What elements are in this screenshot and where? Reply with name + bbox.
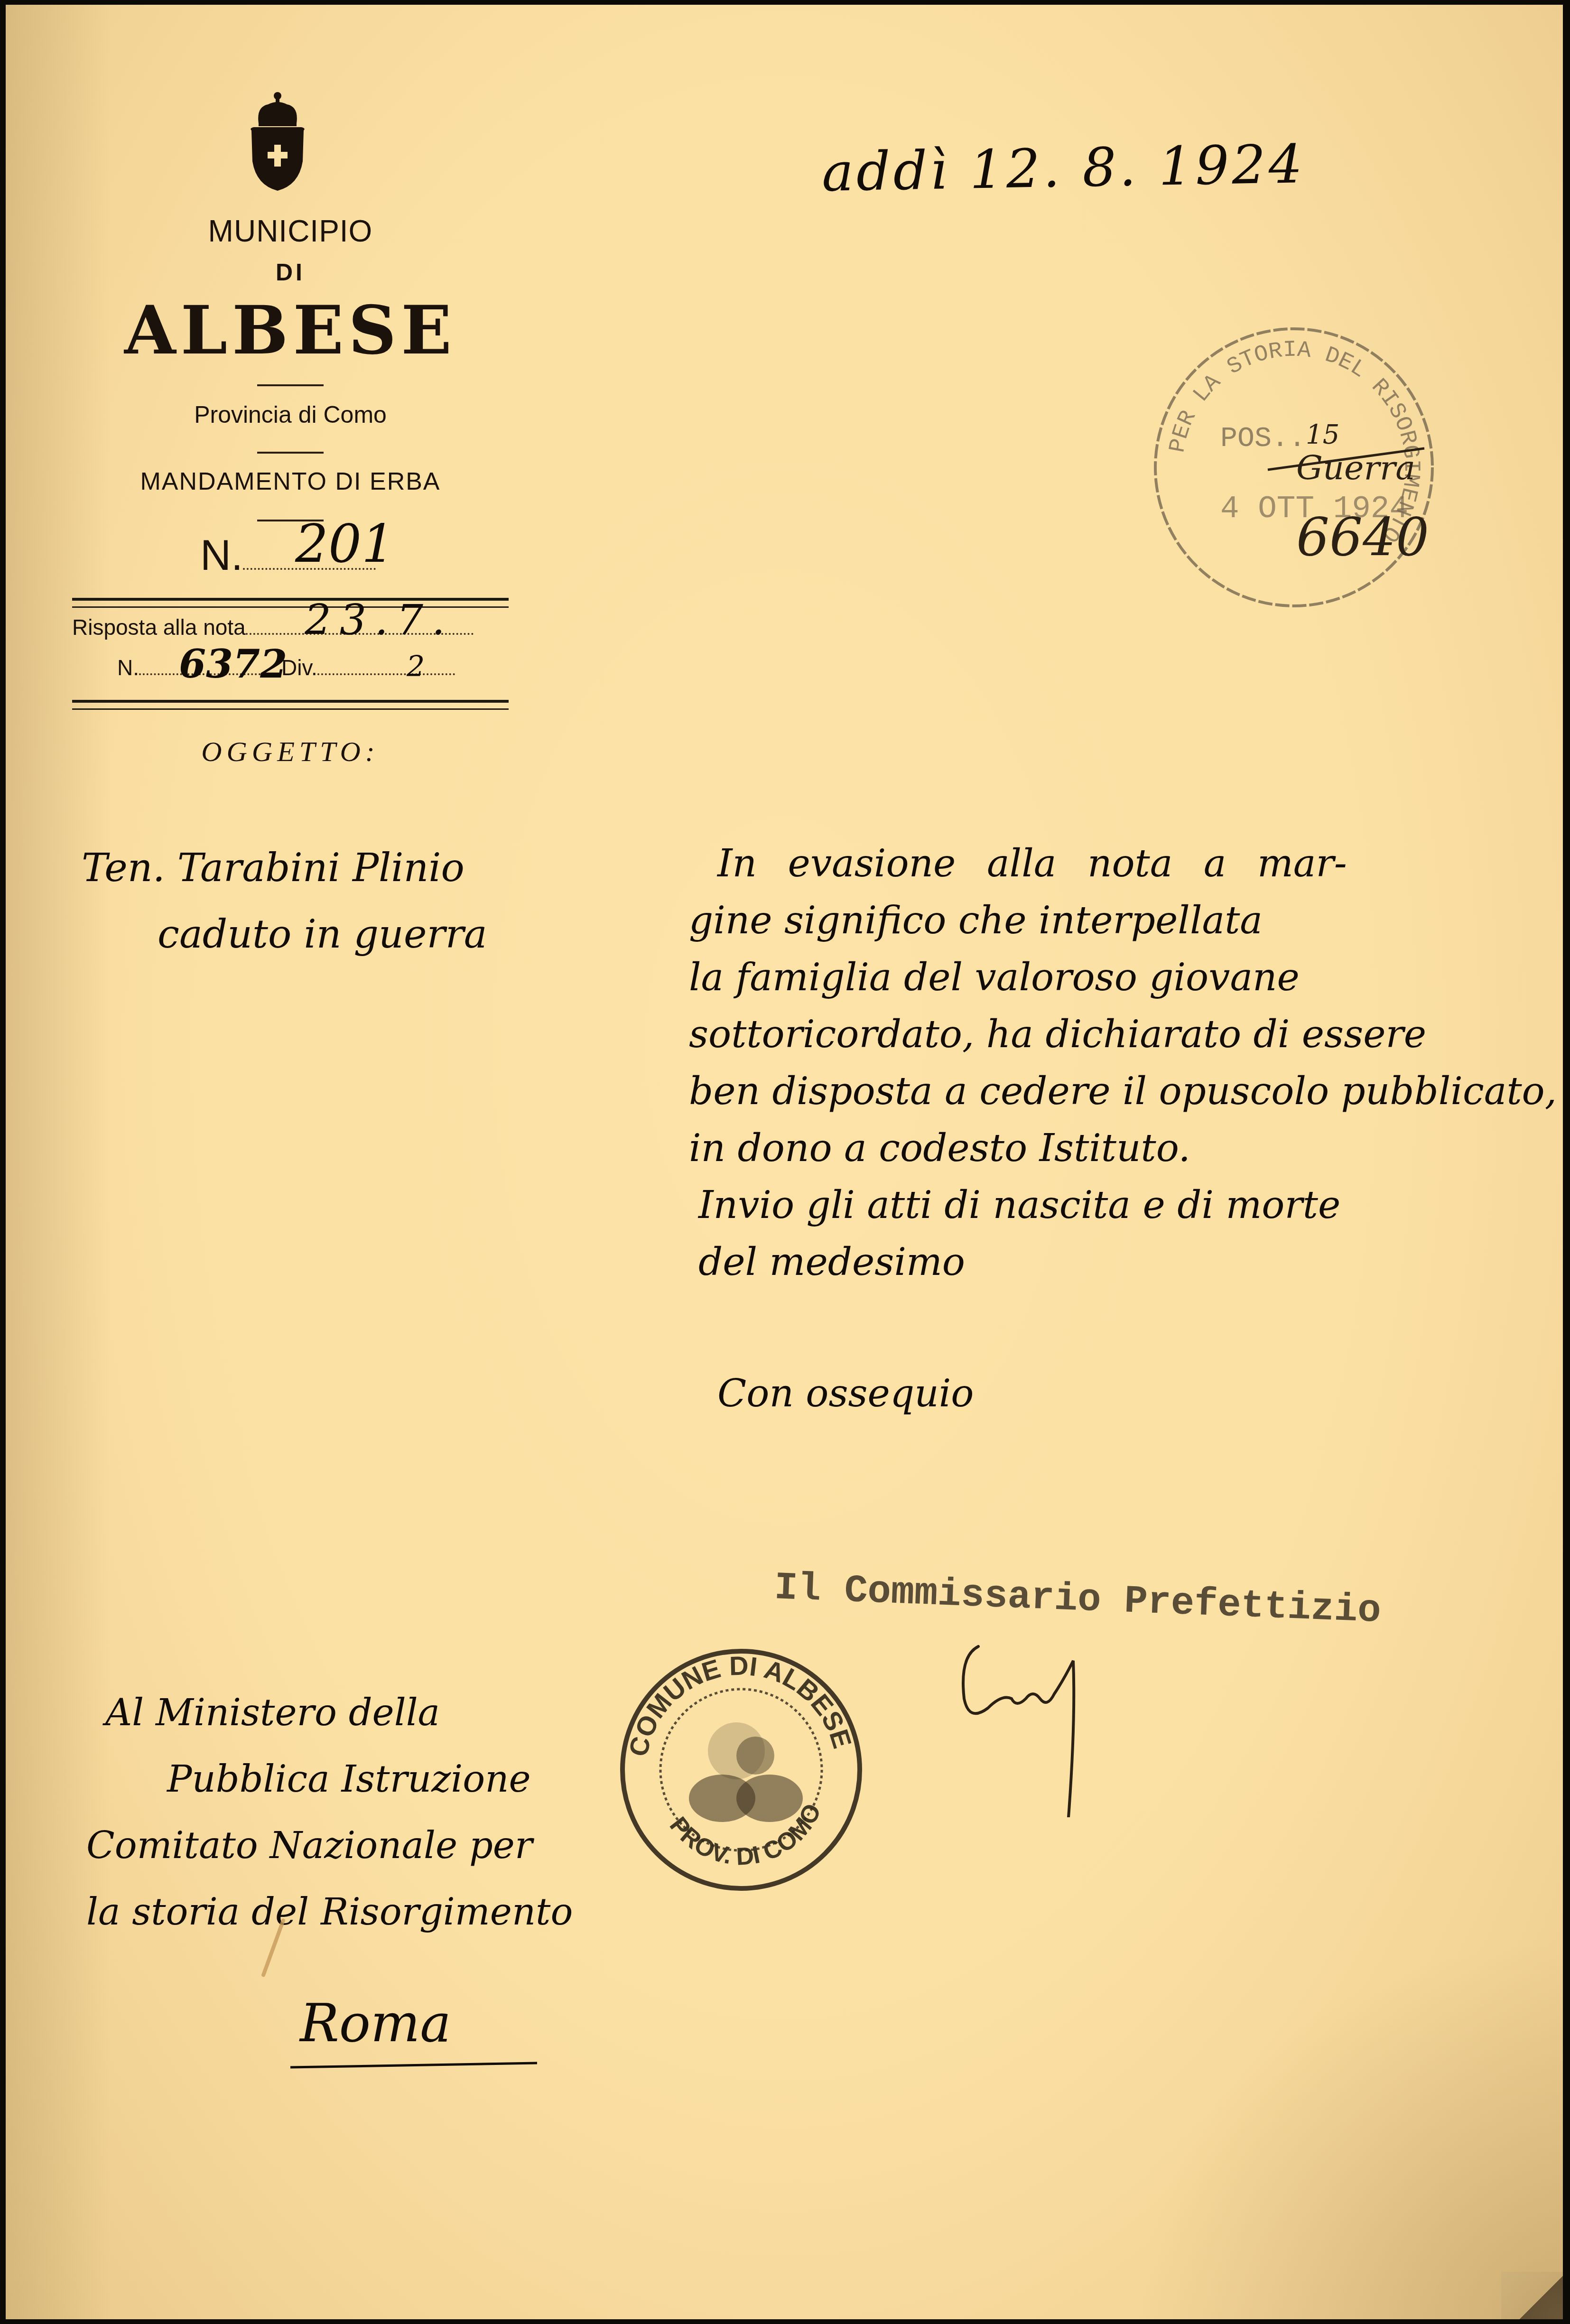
subject-line: Ten. Tarabini Plinio [82, 835, 487, 902]
dotted-line [317, 669, 455, 675]
circular-stamp-icon: PER LA STORIA DEL RISORGIMENTO POS.. 4 O… [1144, 318, 1443, 617]
document-page: MUNICIPIO DI ALBESE Provincia di Como MA… [6, 5, 1563, 2319]
risposta-date: 23.7. [305, 595, 454, 644]
protocol-label: N. [200, 531, 243, 580]
body-line: in dono a codesto Istituto. [689, 1120, 1552, 1177]
addressee-line: Pubblica Istruzione [86, 1746, 573, 1813]
body-line: gine significo che interpellata [689, 892, 1552, 949]
subject: Ten. Tarabini Plinio caduto in guerra [82, 835, 487, 968]
double-rule [72, 700, 509, 710]
closing-phrase: Con ossequio [717, 1371, 974, 1415]
letterhead-di: DI [72, 259, 509, 286]
addressee-line: Al Ministero della [86, 1680, 573, 1746]
svg-text:Caruso: Caruso [988, 1703, 990, 1704]
divider [257, 384, 324, 386]
body-line: Invio gli atti di nascita e di morte [689, 1177, 1552, 1234]
risposta-field: Risposta alla nota 23.7. [72, 614, 474, 640]
letterhead-mandamento: MANDAMENTO DI ERBA [72, 467, 509, 496]
coat-of-arms-icon [247, 90, 308, 192]
divider [257, 452, 324, 454]
oggetto-label: OGGETTO: [72, 735, 509, 768]
reference-field: N. Div. 6372 2 [117, 655, 455, 680]
svg-text:15: 15 [1306, 419, 1339, 450]
subject-line: caduto in guerra [82, 902, 487, 968]
body-line: la famiglia del valoroso giovane [689, 949, 1552, 1006]
addressee-line: Comitato Nazionale per [86, 1813, 573, 1879]
svg-text:Guerra: Guerra [1296, 448, 1415, 487]
div-value: 2 [407, 650, 425, 683]
risposta-label: Risposta alla nota [72, 614, 246, 640]
signature-icon: Caruso [950, 1627, 1149, 1817]
ref-number: 6372 [179, 641, 287, 687]
folded-corner [1501, 2272, 1563, 2319]
letterhead-provincia: Provincia di Como [72, 401, 509, 428]
city-underline [290, 2062, 537, 2068]
svg-text:POS..: POS.. [1220, 423, 1306, 455]
municipal-seal-icon: COMUNE DI ALBESE PROV. DI COMO [613, 1642, 869, 1898]
body-line: sottoricordato, ha dichiarato di essere [689, 1006, 1552, 1063]
letterhead-municipio: MUNICIPIO [72, 214, 509, 249]
protocol-number-field: N. 201 [200, 531, 376, 580]
letterhead-town-name: ALBESE [72, 292, 509, 370]
body-line: del medesimo [689, 1234, 1552, 1291]
letter-date: addì 12. 8. 1924 [821, 133, 1306, 204]
commissario-stamp: Il Commissario Prefettizio [773, 1566, 1382, 1633]
ref-label: N. [117, 655, 139, 680]
reception-stamp: PER LA STORIA DEL RISORGIMENTO POS.. 4 O… [1144, 318, 1443, 617]
letter-body: In evasione alla nota a mar- gine signif… [689, 835, 1552, 1291]
addressee-line: la storia del Risorgimento [86, 1879, 573, 1945]
addressee-city: Roma [300, 1993, 451, 2054]
body-line: In evasione alla nota a mar- [689, 835, 1552, 892]
protocol-number: 201 [295, 513, 395, 574]
body-line: ben disposta a cedere il opuscolo pubbli… [689, 1063, 1552, 1120]
addressee-block: Al Ministero della Pubblica Istruzione C… [86, 1680, 573, 1945]
svg-text:6640: 6640 [1296, 507, 1429, 567]
